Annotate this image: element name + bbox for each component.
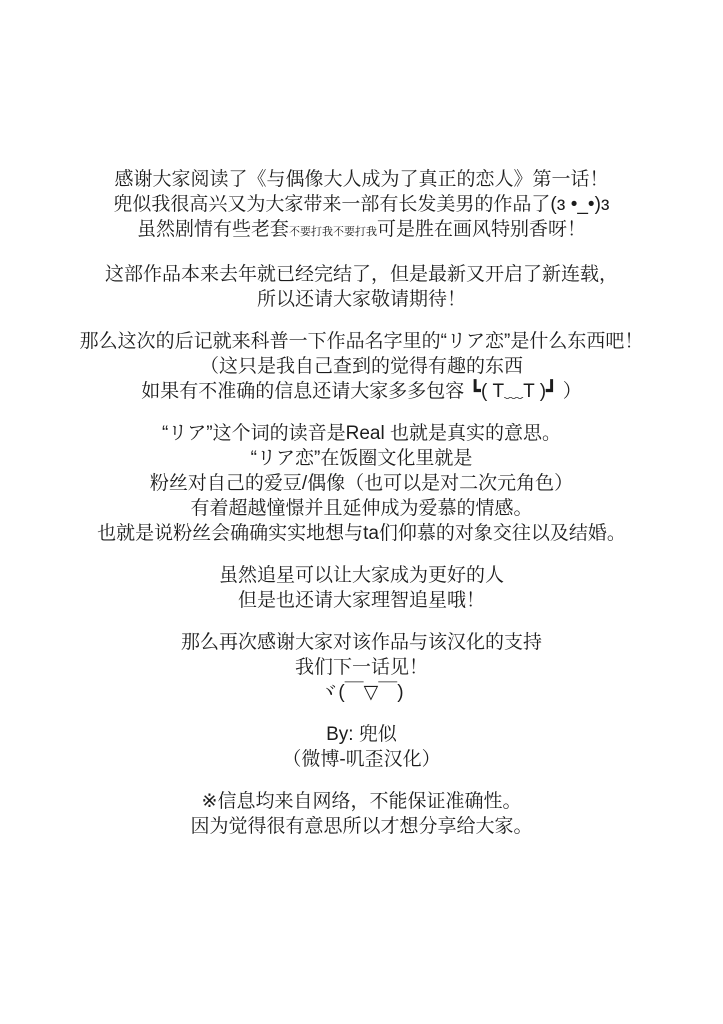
text-line: 粉丝对自己的爱豆/偶像（也可以是对二次元角色）	[0, 471, 723, 496]
paragraph-closing-thanks: 那么再次感谢大家对该作品与该汉化的支持 我们下一话见！ ヾ(￣▽￣)	[0, 630, 723, 705]
text-line: 但是也还请大家理智追星哦！	[0, 588, 723, 613]
paragraph-credit: By: 兜似 （微博-叽歪汉化）	[0, 722, 723, 772]
text-line: 这部作品本来去年就已经完结了，但是最新又开启了新连载，	[0, 262, 723, 287]
text-line: ※信息均来自网络，不能保证准确性。	[0, 789, 723, 814]
paragraph-thanks-intro: 感谢大家阅读了《与偶像大人成为了真正的恋人》第一话！ 兜似我很高兴又为大家带来一…	[0, 167, 723, 245]
paragraph-topic-intro: 那么这次的后记就来科普一下作品名字里的“リア恋”是什么东西吧！ （这只是我自己查…	[0, 329, 723, 404]
text-line: 我们下一话见！	[0, 655, 723, 680]
text-line: （这只是我自己查到的觉得有趣的东西	[0, 354, 723, 379]
text-segment: 虽然剧情有些老套	[137, 219, 289, 240]
text-line: 感谢大家阅读了《与偶像大人成为了真正的恋人》第一话！	[0, 167, 723, 192]
text-line: 也就是说粉丝会确确实实地想与ta们仰慕的对象交往以及结婚。	[0, 521, 723, 546]
text-line: 有着超越憧憬并且延伸成为爱慕的情感。	[0, 496, 723, 521]
credit-author: By: 兜似	[0, 722, 723, 747]
paragraph-disclaimer: ※信息均来自网络，不能保证准确性。 因为觉得很有意思所以才想分享给大家。	[0, 789, 723, 839]
paragraph-fan-advice: 虽然追星可以让大家成为更好的人 但是也还请大家理智追星哦！	[0, 563, 723, 613]
text-line: 所以还请大家敬请期待！	[0, 287, 723, 312]
text-line: 如果有不准确的信息还请大家多多包容 ┗( T﹏T )┛ ）	[0, 379, 723, 404]
text-line-mixed: 虽然剧情有些老套不要打我不要打我可是胜在画风特别香呀！	[0, 217, 723, 245]
text-line: 因为觉得很有意思所以才想分享给大家。	[0, 814, 723, 839]
text-line: 虽然追星可以让大家成为更好的人	[0, 563, 723, 588]
afterword-page: 感谢大家阅读了《与偶像大人成为了真正的恋人》第一话！ 兜似我很高兴又为大家带来一…	[0, 0, 723, 1024]
kaomoji-wave: ヾ(￣▽￣)	[0, 680, 723, 705]
paragraph-serialization-news: 这部作品本来去年就已经完结了，但是最新又开启了新连载， 所以还请大家敬请期待！	[0, 262, 723, 312]
paragraph-ria-explanation: “リア”这个词的读音是Real 也就是真实的意思。 “リア恋”在饭圈文化里就是 …	[0, 421, 723, 546]
text-line: 那么再次感谢大家对该作品与该汉化的支持	[0, 630, 723, 655]
text-line: 兜似我很高兴又为大家带来一部有长发美男的作品了(ɜ •_•)ɜ	[0, 192, 723, 217]
text-line: “リア”这个词的读音是Real 也就是真实的意思。	[0, 421, 723, 446]
text-line: 那么这次的后记就来科普一下作品名字里的“リア恋”是什么东西吧！	[0, 329, 723, 354]
small-note-text: 不要打我不要打我	[289, 226, 377, 238]
afterword-content: 感谢大家阅读了《与偶像大人成为了真正的恋人》第一话！ 兜似我很高兴又为大家带来一…	[0, 0, 723, 839]
text-segment: 可是胜在画风特别香呀！	[377, 219, 586, 240]
credit-group: （微博-叽歪汉化）	[0, 747, 723, 772]
text-line: “リア恋”在饭圈文化里就是	[0, 446, 723, 471]
